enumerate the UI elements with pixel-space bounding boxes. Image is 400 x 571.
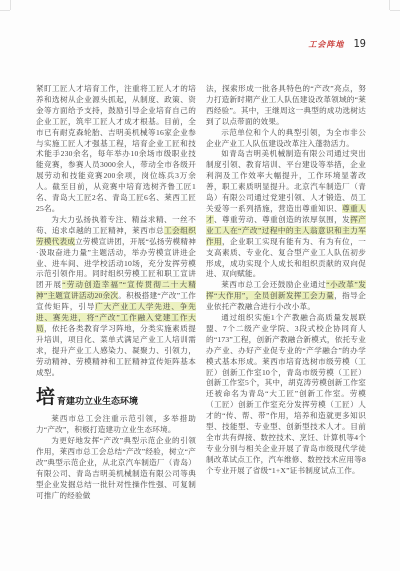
page-header: 工会阵地 19 <box>36 38 366 50</box>
paragraph: 为更好地发挥“产改”典型示范企业的引领作用，莱西市总工会总结“产改”经验，树立“… <box>36 436 196 501</box>
text-run: 为更好地发挥“产改”典型示范企业的引领作用，莱西市总工会总结“产改”经验，树立“… <box>36 436 196 500</box>
magazine-page: 工会阵地 19 紧盯工匠人才培育工作，注重将工匠人才的培养和选树从企业源头抓起，… <box>0 0 400 571</box>
section-heading-initial: 培 <box>36 388 55 407</box>
crop-mark <box>0 10 10 11</box>
crop-mark <box>390 10 400 11</box>
paragraph: 如青岛吉明美机械制造有限公司通过突出制度引领、教育培训、平台建设等举措，企业利润… <box>206 149 366 280</box>
paragraph: 莱西市总工会注重示范引领，多举措助力“产改”，积极打造建功立业生态环境。 <box>36 414 196 436</box>
paragraph: 法，探索形成一批各具特色的“产改”亮点，努力打造新时期产业工人队伍建设改革领域的… <box>206 84 366 128</box>
text-run: 法，探索形成一批各具特色的“产改”亮点，努力打造新时期产业工人队伍建设改革领域的… <box>206 84 366 126</box>
text-run: 莱西市总工会还鼓励企业通过 <box>221 280 326 289</box>
crop-mark <box>10 0 11 10</box>
two-column-body: 紧盯工匠人才培育工作，注重将工匠人才的培养和选树从企业源头抓起，从制度、政策、资… <box>36 84 366 502</box>
paragraph: 通过组织实施1个产教融合高质量发展联盟、7个二级产业学院、3段式校企协同育人的“… <box>206 313 366 477</box>
page-number: 19 <box>353 38 366 50</box>
paragraph: 示范单位和个人的典型引领，为全市非公企业产业工人队伍建设改革注入蓬勃活力。 <box>206 128 366 150</box>
section-label: 工会阵地 <box>308 39 344 50</box>
paragraph: 紧盯工匠人才培育工作，注重将工匠人才的培养和选树从企业源头抓起，从制度、政策、资… <box>36 84 196 215</box>
text-run: 莱西市总工会注重示范引领，多举措助力“产改”，积极打造建功立业生态环境。 <box>36 414 196 434</box>
paragraph: 为大力弘扬执着专注、精益求精、一丝不苟、追求卓越的工匠精神，莱西市总工会组织劳模… <box>36 215 196 379</box>
right-column: 法，探索形成一批各具特色的“产改”亮点，努力打造新时期产业工人队伍建设改革领域的… <box>206 84 366 502</box>
text-run: ，依托各类教育学习阵地，分类实施素质提升培训，项目化、菜单式满足产业工人培训需求… <box>36 324 196 377</box>
paragraph: 莱西市总工会还鼓励企业通过“小改革”发挥“大作用”，全员创新发挥工会力量，指导企… <box>206 280 366 313</box>
section-heading: 培育建功立业生态环境 <box>36 388 196 407</box>
text-run: 示范单位和个人的典型引领，为全市非公企业产业工人队伍建设改革注入蓬勃活力。 <box>206 128 366 148</box>
text-run: 紧盯工匠人才培育工作，注重将工匠人才的培养和选树从企业源头抓起，从制度、政策、资… <box>36 84 196 213</box>
left-column: 紧盯工匠人才培育工作，注重将工匠人才的培养和选树从企业源头抓起，从制度、政策、资… <box>36 84 196 502</box>
section-heading-text: 育建功立业生态环境 <box>57 395 138 407</box>
text-run: 通过组织实施1个产教融合高质量发展联盟、7个二级产业学院、3段式校企协同育人的“… <box>206 313 366 475</box>
text-run: ，企业职工实现有能有为、有为有位，一支高素质、专业化、复合型产业工人队伍初步形成… <box>206 237 366 279</box>
text-run: 、尊重劳动、尊重创造的浓厚氛围，发 <box>214 215 350 224</box>
crop-mark <box>389 0 390 10</box>
